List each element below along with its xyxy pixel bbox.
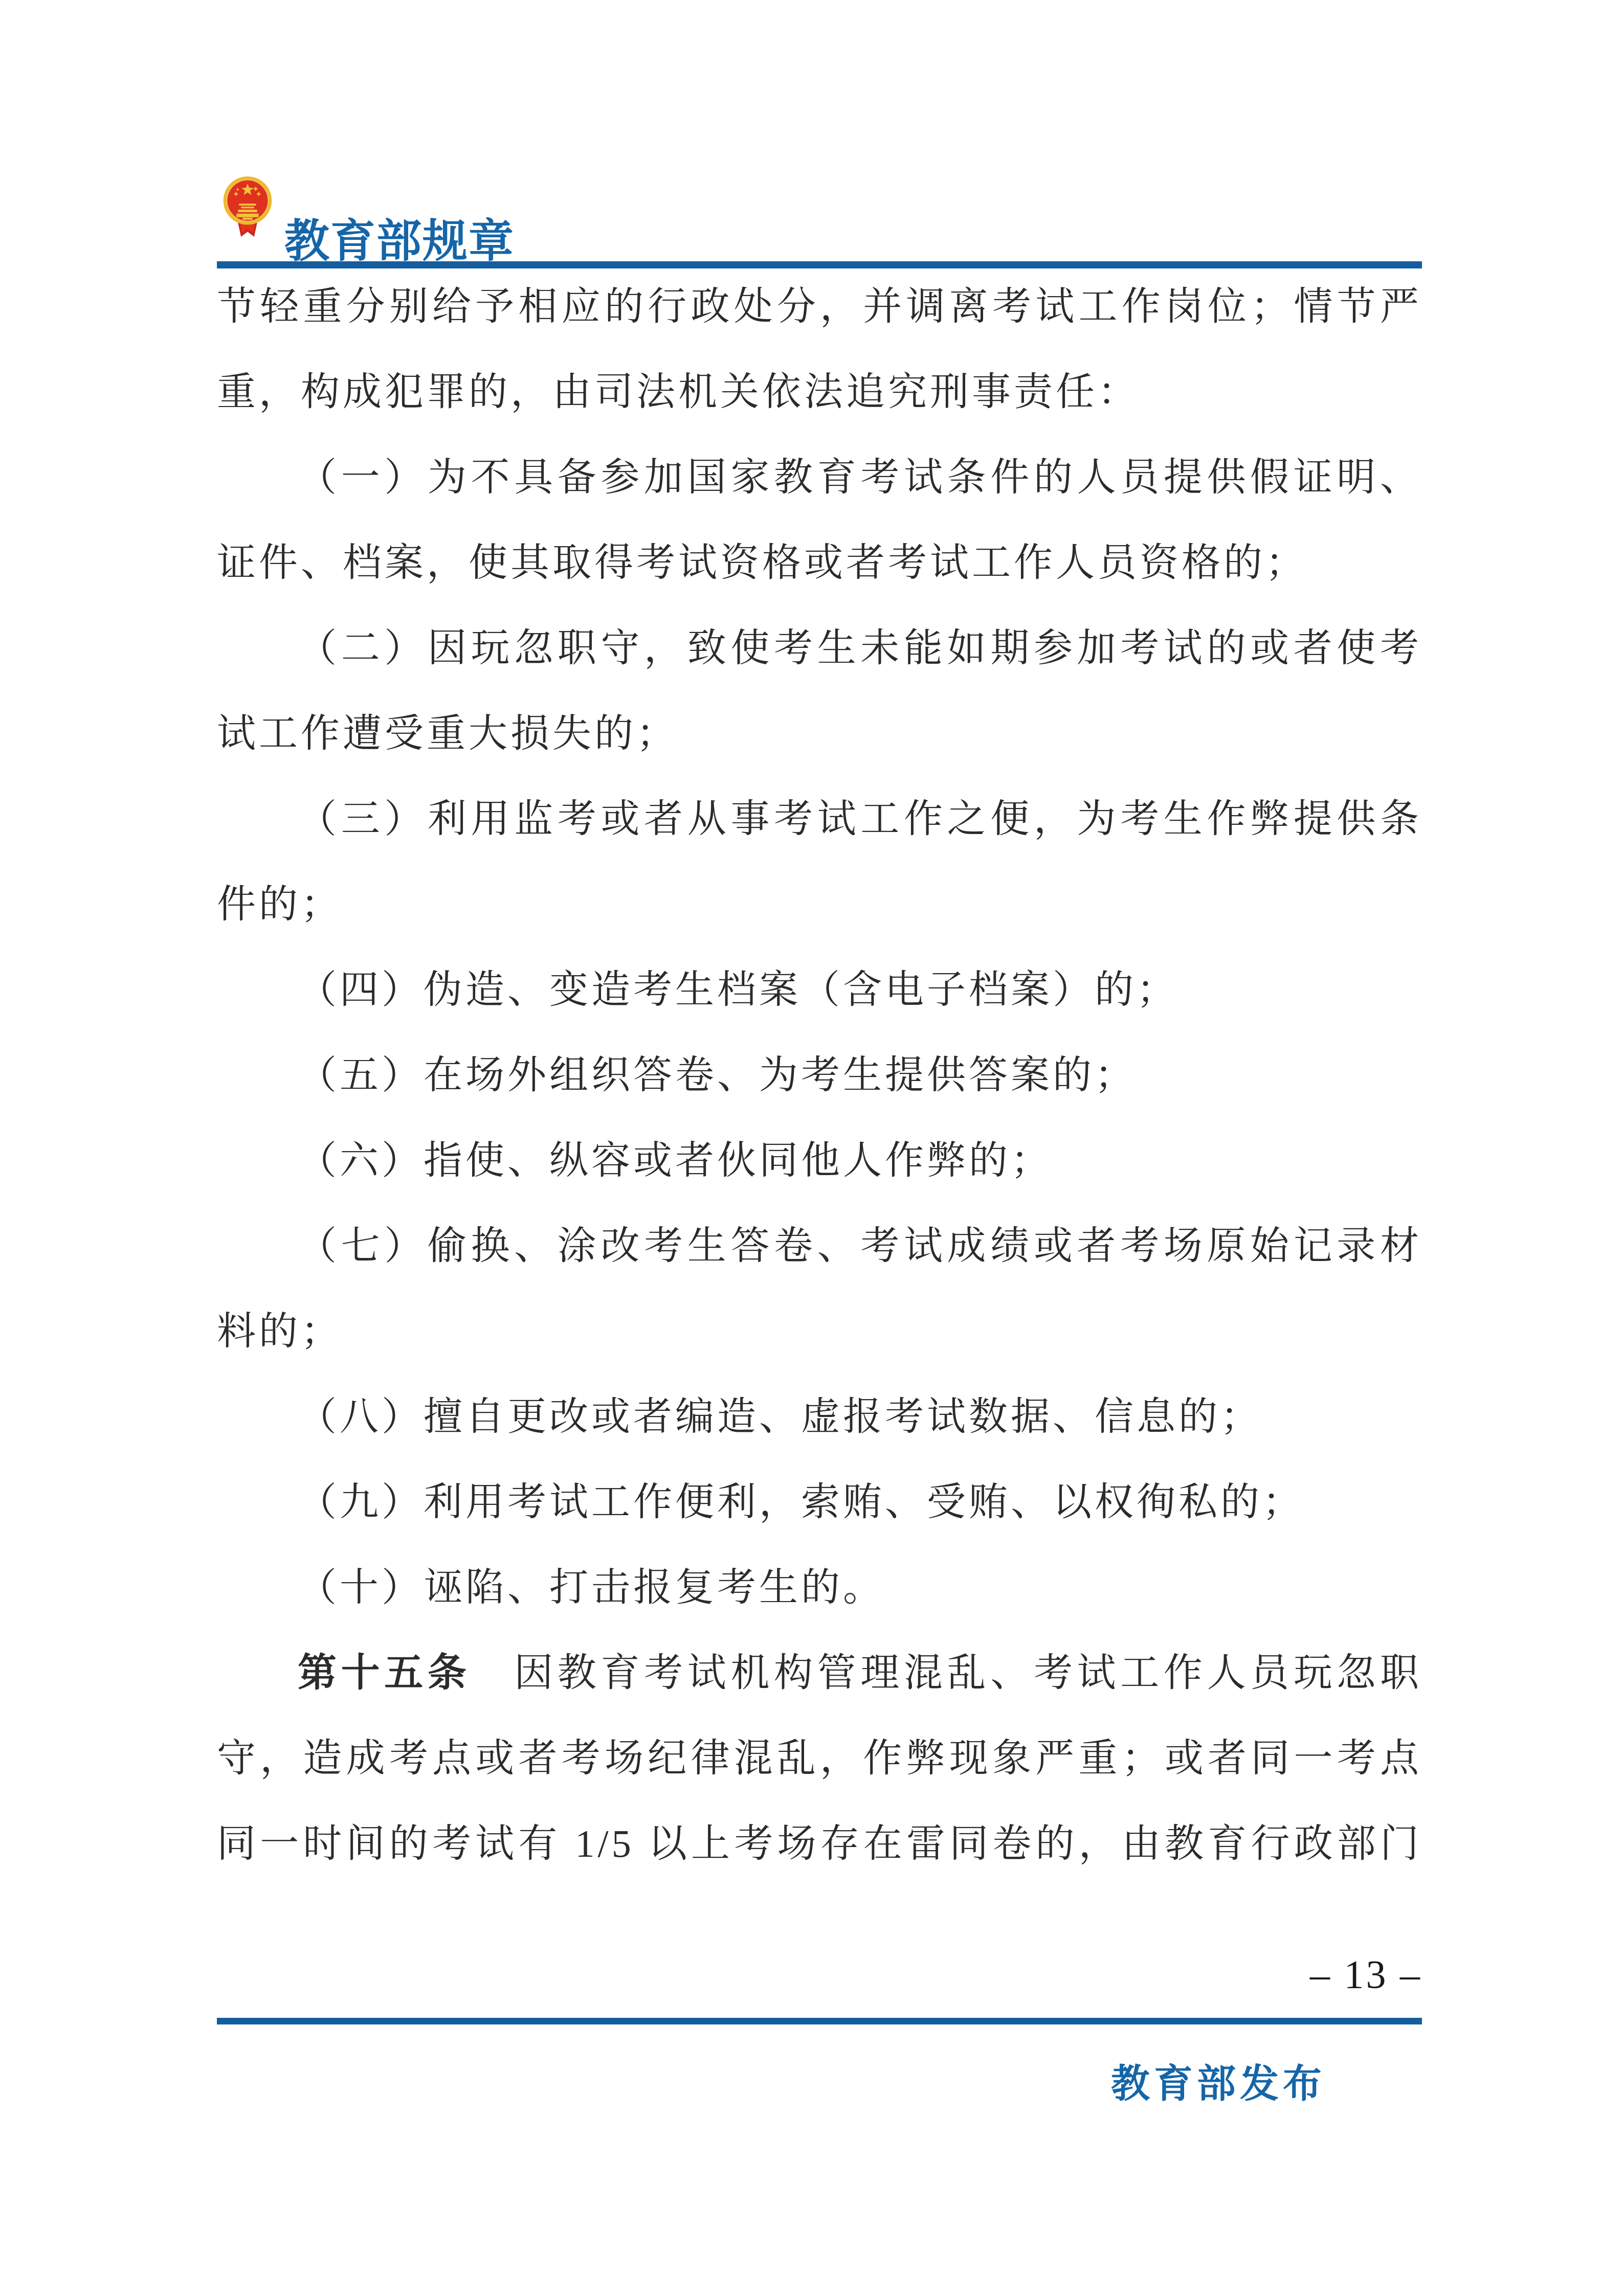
body-line: 证件、档案，使其取得考试资格或者考试工作人员资格的； bbox=[217, 521, 1422, 606]
body-line: （六）指使、纵容或者伙同他人作弊的； bbox=[217, 1118, 1422, 1204]
body-line-text: （一）为不具备参加国家教育考试条件的人员提供假证明、 bbox=[298, 456, 1422, 499]
body-line: （三）利用监考或者从事考试工作之便，为考生作弊提供条 bbox=[217, 777, 1422, 862]
body-line-text: （二）因玩忽职守，致使考生未能如期参加考试的或者使考 bbox=[298, 627, 1422, 670]
body-line: 第十五条 因教育考试机构管理混乱、考试工作人员玩忽职 bbox=[217, 1631, 1422, 1716]
body-line: （八）擅自更改或者编造、虚报考试数据、信息的； bbox=[217, 1375, 1422, 1460]
body-line-text: 件的； bbox=[217, 883, 343, 926]
body-line-text: 证件、档案，使其取得考试资格或者考试工作人员资格的； bbox=[217, 542, 1307, 584]
body-line-text: 守，造成考点或者考场纪律混乱，作弊现象严重；或者同一考点 bbox=[217, 1737, 1422, 1780]
body-line: （七）偷换、涂改考生答卷、考试成绩或者考场原始记录材 bbox=[217, 1204, 1422, 1289]
footer-divider bbox=[217, 2018, 1422, 2024]
body-line-text: （四）伪造、变造考生档案（含电子档案）的； bbox=[298, 969, 1178, 1011]
article-number: 第十五条 bbox=[298, 1652, 471, 1695]
body-line: （二）因玩忽职守，致使考生未能如期参加考试的或者使考 bbox=[217, 606, 1422, 691]
national-emblem-icon bbox=[221, 175, 274, 241]
body-line-text: 重，构成犯罪的，由司法机关依法追究刑事责任： bbox=[217, 371, 1140, 414]
document-body: 节轻重分别给予相应的行政处分，并调离考试工作岗位；情节严重，构成犯罪的，由司法机… bbox=[217, 264, 1422, 1887]
body-line: 重，构成犯罪的，由司法机关依法追究刑事责任： bbox=[217, 350, 1422, 435]
document-page: 教育部规章 节轻重分别给予相应的行政处分，并调离考试工作岗位；情节严重，构成犯罪… bbox=[0, 0, 1624, 2296]
body-line-text: （七）偷换、涂改考生答卷、考试成绩或者考场原始记录材 bbox=[298, 1225, 1422, 1268]
body-line: （九）利用考试工作便利，索贿、受贿、以权徇私的； bbox=[217, 1460, 1422, 1545]
body-line: （五）在场外组织答卷、为考生提供答案的； bbox=[217, 1033, 1422, 1118]
body-line: 料的； bbox=[217, 1289, 1422, 1375]
body-line-text: （九）利用考试工作便利，索贿、受贿、以权徇私的； bbox=[298, 1481, 1304, 1524]
body-line-text: 节轻重分别给予相应的行政处分，并调离考试工作岗位；情节严 bbox=[217, 285, 1422, 328]
body-line-text: 试工作遭受重大损失的； bbox=[217, 712, 678, 755]
body-line: 守，造成考点或者考场纪律混乱，作弊现象严重；或者同一考点 bbox=[217, 1716, 1422, 1802]
publisher: 教育部发布 bbox=[1111, 2065, 1326, 2104]
body-line: 同一时间的考试有 1/5 以上考场存在雷同卷的，由教育行政部门 bbox=[217, 1802, 1422, 1887]
page-number: – 13 – bbox=[1310, 1954, 1422, 1994]
body-line-text: （十）诬陷、打击报复考生的。 bbox=[298, 1566, 885, 1609]
body-line-text: （八）擅自更改或者编造、虚报考试数据、信息的； bbox=[298, 1395, 1262, 1438]
body-line: 试工作遭受重大损失的； bbox=[217, 691, 1422, 777]
body-line: 件的； bbox=[217, 862, 1422, 948]
body-line: （十）诬陷、打击报复考生的。 bbox=[217, 1545, 1422, 1631]
body-line-text: （六）指使、纵容或者伙同他人作弊的； bbox=[298, 1139, 1053, 1182]
body-line-text: （五）在场外组织答卷、为考生提供答案的； bbox=[298, 1054, 1137, 1097]
body-line: （四）伪造、变造考生档案（含电子档案）的； bbox=[217, 948, 1422, 1033]
body-line-text: （三）利用监考或者从事考试工作之便，为考生作弊提供条 bbox=[298, 798, 1422, 841]
body-line-text: 因教育考试机构管理混乱、考试工作人员玩忽职 bbox=[471, 1652, 1422, 1695]
body-line: （一）为不具备参加国家教育考试条件的人员提供假证明、 bbox=[217, 435, 1422, 521]
body-line-text: 料的； bbox=[217, 1310, 343, 1353]
body-line: 节轻重分别给予相应的行政处分，并调离考试工作岗位；情节严 bbox=[217, 264, 1422, 350]
body-line-text: 同一时间的考试有 1/5 以上考场存在雷同卷的，由教育行政部门 bbox=[217, 1822, 1422, 1865]
page-title: 教育部规章 bbox=[284, 219, 515, 264]
